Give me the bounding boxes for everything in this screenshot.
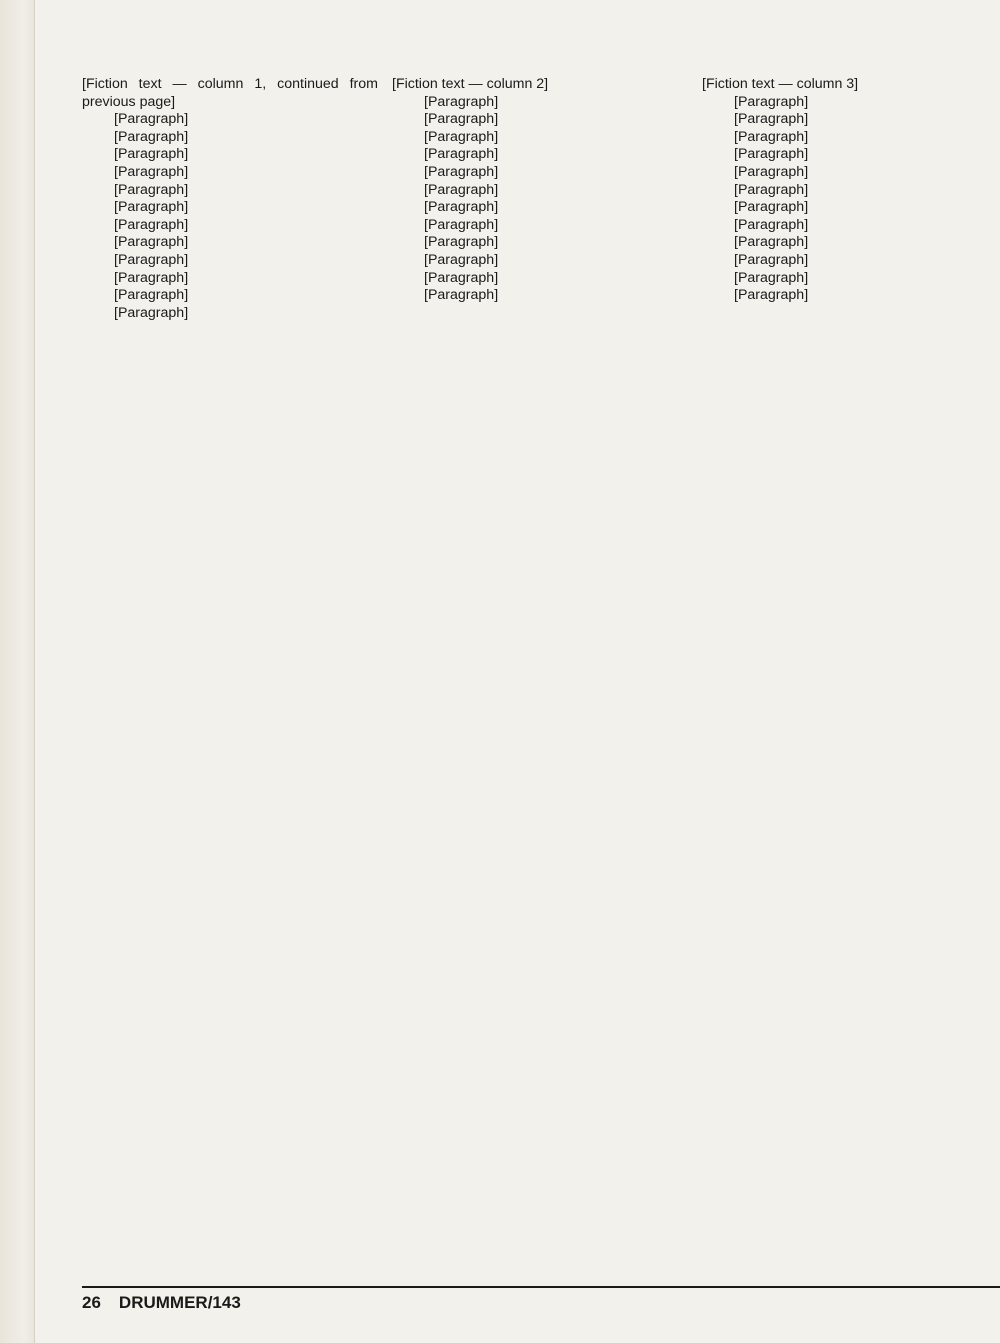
paragraph: [Paragraph] (392, 164, 688, 182)
text-column-2: [Fiction text — column 2] [Paragraph] [P… (392, 76, 688, 1261)
paragraph: [Paragraph] (702, 146, 998, 164)
paragraph: [Paragraph] (392, 111, 688, 129)
paragraph: [Paragraph] (702, 287, 998, 305)
paragraph: [Paragraph] (702, 111, 998, 129)
page-gutter (0, 0, 35, 1343)
paragraph: [Paragraph] (392, 217, 688, 235)
paragraph: [Paragraph] (82, 217, 378, 235)
paragraph: [Paragraph] (392, 234, 688, 252)
paragraph: [Paragraph] (82, 111, 378, 129)
paragraph: [Fiction text — column 2] (392, 76, 688, 94)
paragraph: [Paragraph] (82, 305, 378, 323)
paragraph: [Paragraph] (392, 182, 688, 200)
article-body: [Fiction text — column 1, continued from… (82, 76, 1000, 1261)
page-number: 26 (82, 1293, 101, 1313)
paragraph: [Paragraph] (392, 94, 688, 112)
paragraph: [Paragraph] (82, 287, 378, 305)
paragraph: [Paragraph] (702, 270, 998, 288)
paragraph: [Fiction text — column 1, continued from… (82, 76, 378, 111)
paragraph: [Paragraph] (392, 199, 688, 217)
paragraph: [Paragraph] (82, 270, 378, 288)
paragraph: [Paragraph] (392, 287, 688, 305)
paragraph: [Paragraph] (82, 199, 378, 217)
paragraph: [Paragraph] (392, 252, 688, 270)
text-column-3: [Fiction text — column 3] [Paragraph] [P… (702, 76, 998, 1261)
paragraph: [Paragraph] (702, 94, 998, 112)
footer-rule (82, 1286, 1000, 1288)
paragraph: [Paragraph] (392, 129, 688, 147)
paragraph: [Paragraph] (82, 252, 378, 270)
paragraph: [Paragraph] (82, 164, 378, 182)
paragraph: [Paragraph] (82, 182, 378, 200)
paragraph: [Paragraph] (702, 164, 998, 182)
paragraph: [Paragraph] (392, 270, 688, 288)
paragraph: [Paragraph] (82, 234, 378, 252)
paragraph: [Fiction text — column 3] (702, 76, 998, 94)
paragraph: [Paragraph] (702, 234, 998, 252)
paragraph: [Paragraph] (392, 146, 688, 164)
publication-name: DRUMMER/143 (119, 1293, 241, 1313)
paragraph: [Paragraph] (702, 199, 998, 217)
paragraph: [Paragraph] (702, 129, 998, 147)
paragraph: [Paragraph] (82, 129, 378, 147)
paragraph: [Paragraph] (82, 146, 378, 164)
page-footer: 26 DRUMMER/143 (82, 1293, 241, 1313)
paragraph: [Paragraph] (702, 182, 998, 200)
paragraph: [Paragraph] (702, 217, 998, 235)
paragraph: [Paragraph] (702, 252, 998, 270)
text-column-1: [Fiction text — column 1, continued from… (82, 76, 378, 1261)
